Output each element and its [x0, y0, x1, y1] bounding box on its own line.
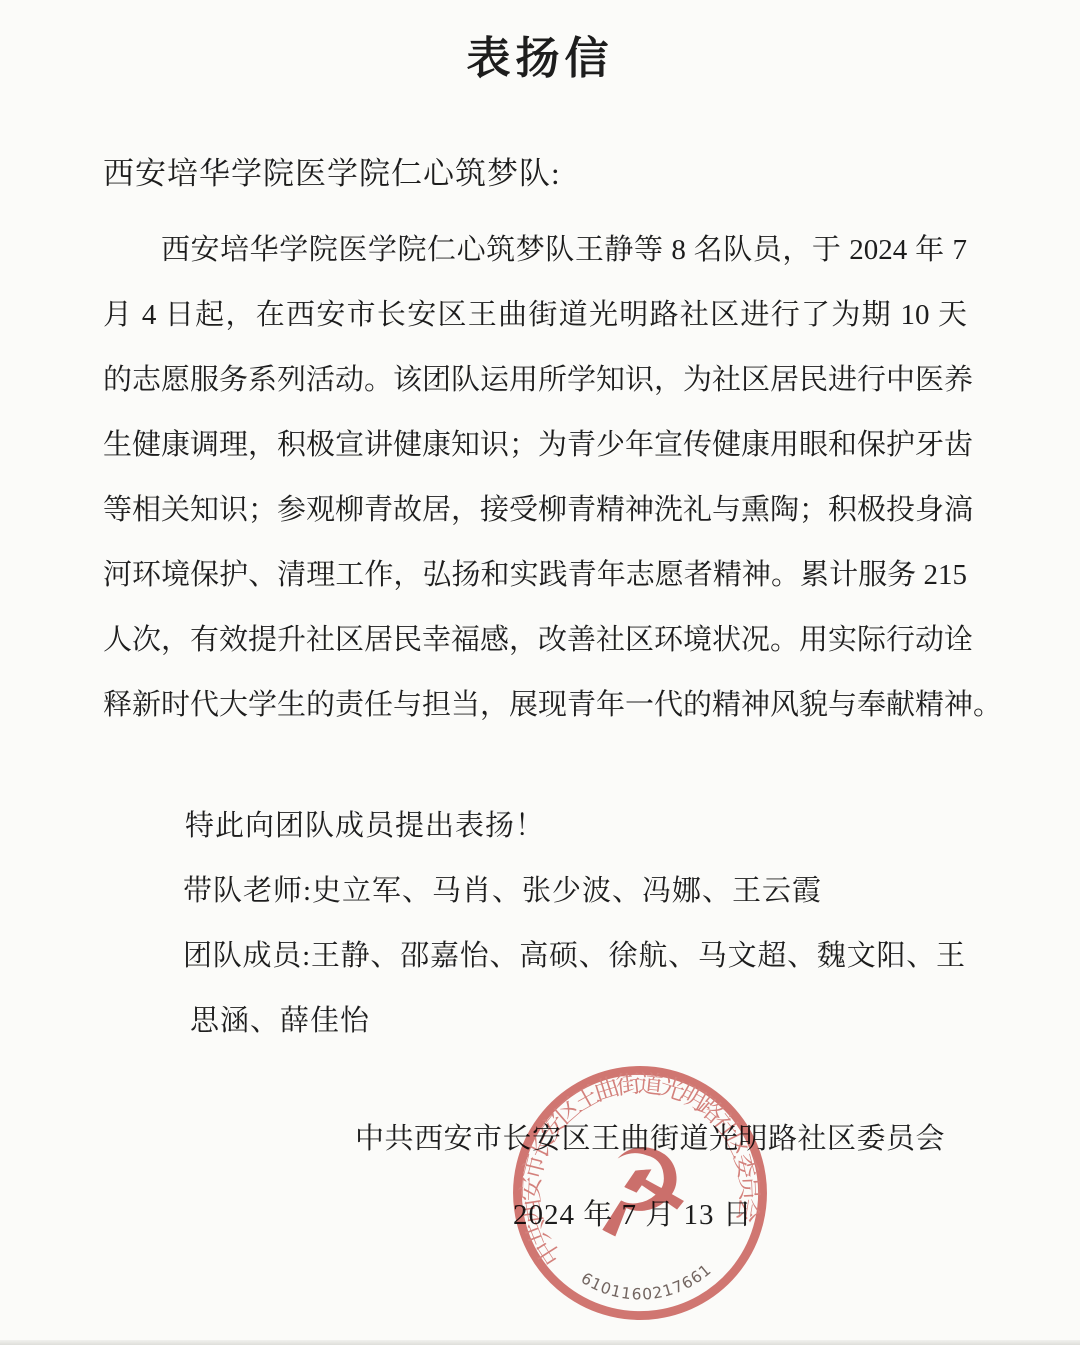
body-line: 西安培华学院医学院仁心筑梦队王静等 8 名队员，于 2024 年 7 [103, 218, 967, 283]
body-paragraph: 西安培华学院医学院仁心筑梦队王静等 8 名队员，于 2024 年 7 月 4 日… [103, 218, 967, 738]
body-line: 人次，有效提升社区居民幸福感，改善社区环境状况。用实际行动诠 [103, 608, 967, 673]
commendation-letter-page: 表扬信 西安培华学院医学院仁心筑梦队: 西安培华学院医学院仁心筑梦队王静等 8 … [0, 0, 1080, 1345]
body-line: 释新时代大学生的责任与担当，展现青年一代的精神风貌与奉献精神。 [103, 673, 967, 738]
body-line: 的志愿服务系列活动。该团队运用所学知识，为社区居民进行中医养 [103, 348, 967, 413]
members-line-continued: 思涵、薛佳怡 [190, 998, 370, 1039]
body-line: 河环境保护、清理工作，弘扬和实践青年志愿者精神。累计服务 215 [103, 543, 967, 608]
body-line: 月 4 日起，在西安市长安区王曲街道光明路社区进行了为期 10 天 [103, 283, 967, 348]
commendation-line: 特此向团队成员提出表扬！ [185, 803, 545, 844]
body-line: 生健康调理，积极宣讲健康知识；为青少年宣传健康用眼和保护牙齿 [103, 413, 967, 478]
hammer-sickle-icon: ☭ [579, 1119, 701, 1267]
body-line: 等相关知识；参观柳青故居，接受柳青精神洗礼与熏陶；积极投身滈 [103, 478, 967, 543]
members-line: 团队成员:王静、邵嘉怡、高硕、徐航、马文超、魏文阳、王 [183, 933, 965, 974]
page-title: 表扬信 [0, 22, 1080, 86]
teachers-line: 带队老师:史立军、马肖、张少波、冯娜、王云霞 [183, 868, 822, 909]
salutation-line: 西安培华学院医学院仁心筑梦队: [103, 148, 561, 193]
official-seal: 中共西安市长安区王曲街道光明路社区委员会 ☭ 6101160217661 [488, 1041, 793, 1345]
